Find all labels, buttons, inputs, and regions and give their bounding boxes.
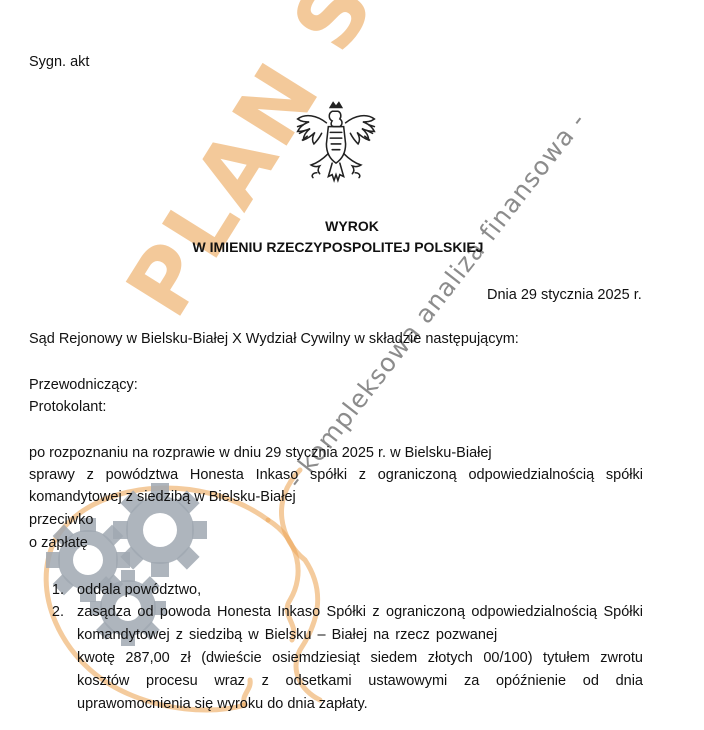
ruling-text: kosztów procesu wraz z odsetkami ustawow… — [77, 671, 643, 691]
body-line: przeciwko — [29, 510, 93, 530]
body-line: sprawy z powództwa Honesta Inkaso spółki… — [29, 465, 643, 485]
ruling-text: oddala powództwo, — [77, 580, 201, 600]
ruling-number: 1. — [44, 580, 64, 600]
court-composition-line: Sąd Rejonowy w Bielsku-Białej X Wydział … — [29, 329, 519, 349]
court-recorder-label: Protokolant: — [29, 397, 106, 417]
ruling-text: zasądza od powoda Honesta Inkaso Spółki … — [77, 602, 643, 622]
case-signature-label: Sygn. akt — [29, 52, 89, 72]
body-line: komandytowej z siedzibą w Bielsku-Białej — [29, 487, 296, 507]
ruling-text: uprawomocnienia się wyroku do dnia zapła… — [77, 694, 368, 714]
verdict-subtitle: W IMIENIU RZECZYPOSPOLITEJ POLSKIEJ — [0, 237, 690, 257]
document-page: Sygn. akt WYROK W IMIENIU RZECZYPOSPOLIT… — [0, 0, 704, 730]
presiding-judge-label: Przewodniczący: — [29, 375, 138, 395]
body-line: o zapłatę — [29, 533, 88, 553]
polish-eagle-emblem-icon — [288, 94, 384, 190]
body-line: po rozpoznaniu na rozprawie w dniu 29 st… — [29, 443, 492, 463]
ruling-text: kwotę 287,00 zł (dwieście osiemdziesiąt … — [77, 648, 643, 668]
ruling-number: 2. — [44, 602, 64, 622]
verdict-title: WYROK — [0, 216, 704, 236]
verdict-date: Dnia 29 stycznia 2025 r. — [487, 285, 642, 305]
ruling-text: komandytowej z siedzibą w Bielsku – Biał… — [77, 625, 497, 645]
